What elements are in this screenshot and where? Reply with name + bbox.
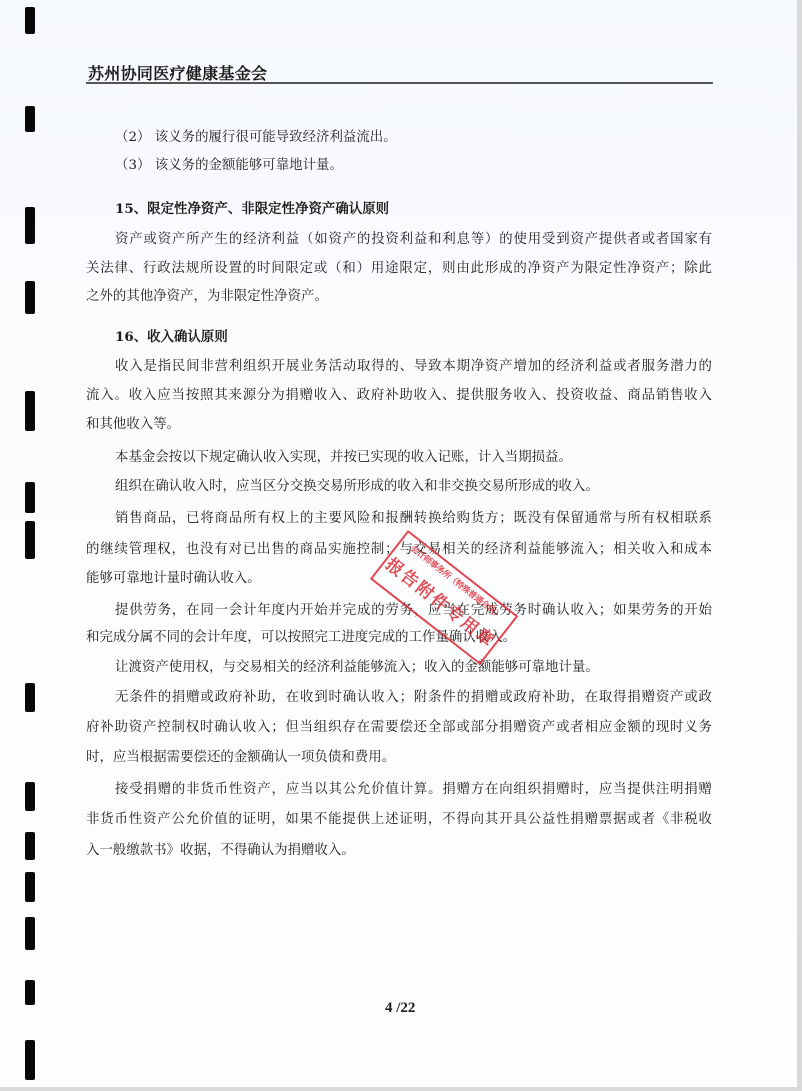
text-line: 无条件的捐赠或政府补助，在收到时确认收入；附条件的捐赠或政府补助，在取得捐赠资产… bbox=[115, 689, 712, 707]
text-line: 和其他收入等。 bbox=[86, 416, 712, 434]
binder-hole-mark bbox=[25, 782, 35, 811]
text-line: 让渡资产使用权，与交易相关的经济利益能够流入；收入的金额能够可靠地计量。 bbox=[115, 659, 712, 677]
text-line: 流入。收入应当按照其来源分为捐赠收入、政府补助收入、提供服务收入、投资收益、商品… bbox=[86, 387, 712, 405]
text-line: 资产或资产所产生的经济利益（如资产的投资利益和利息等）的使用受到资产提供者或者国… bbox=[115, 231, 712, 249]
binder-hole-mark bbox=[25, 106, 35, 132]
text-line: 接受捐赠的非货币性资产，应当以其公允价值计算。捐赠方在向组织捐赠时，应当提供注明… bbox=[115, 781, 712, 799]
text-line: 之外的其他净资产，为非限定性净资产。 bbox=[86, 288, 712, 306]
header-divider bbox=[86, 82, 713, 84]
text-line: 非货币性资产公允价值的证明，如果不能提供上述证明，不得向其开具公益性捐赠票据或者… bbox=[86, 811, 712, 829]
section-heading: 15、限定性净资产、非限定性净资产确认原则 bbox=[115, 200, 712, 218]
text-line: 组织在确认收入时，应当区分交换交易所形成的收入和非交换交易所形成的收入。 bbox=[115, 478, 712, 496]
text-line: 和完成分属不同的会计年度，可以按照完工进度完成的工作量确认收入。 bbox=[86, 629, 712, 647]
binder-hole-mark bbox=[25, 832, 35, 860]
text-line: （2） 该义务的履行很可能导致经济利益流出。 bbox=[115, 129, 712, 147]
text-line: 本基金会按以下规定确认收入实现，并按已实现的收入记账，计入当期损益。 bbox=[115, 449, 712, 467]
binder-hole-mark bbox=[25, 391, 35, 431]
text-line: 时，应当根据需要偿还的金额确认一项负债和费用。 bbox=[86, 749, 712, 767]
binder-hole-mark bbox=[25, 872, 35, 902]
text-line: （3） 该义务的金额能够可靠地计量。 bbox=[115, 157, 712, 175]
binder-hole-mark bbox=[25, 917, 35, 950]
binder-hole-mark bbox=[25, 482, 35, 513]
text-line: 收入是指民间非营利组织开展业务活动取得的、导致本期净资产增加的经济利益或者服务潜… bbox=[115, 358, 712, 376]
text-line: 关法律、行政法规所设置的时间限定或（和）用途限定，则由此形成的净资产为限定性净资… bbox=[86, 260, 712, 278]
binder-hole-mark bbox=[25, 207, 35, 244]
binder-hole-mark bbox=[25, 1040, 35, 1080]
page-number: 4 /22 bbox=[385, 1000, 415, 1017]
document-page: 苏州协同医疗健康基金会 （2） 该义务的履行很可能导致经济利益流出。（3） 该义… bbox=[0, 0, 797, 1087]
section-heading: 16、收入确认原则 bbox=[115, 328, 712, 346]
text-line: 销售商品，已将商品所有权上的主要风险和报酬转换给购货方；既没有保留通常与所有权相… bbox=[115, 510, 712, 528]
binder-hole-mark bbox=[25, 980, 35, 1005]
binder-hole-mark bbox=[25, 281, 35, 314]
header-title: 苏州协同医疗健康基金会 bbox=[88, 61, 267, 84]
text-line: 入一般缴款书》收据，不得确认为捐赠收入。 bbox=[86, 842, 712, 860]
text-line: 府补助资产控制权时确认收入；但当组织存在需要偿还全部或部分捐赠资产或者相应金额的… bbox=[86, 719, 712, 737]
binder-hole-mark bbox=[25, 7, 35, 34]
binder-hole-mark bbox=[25, 521, 35, 559]
binder-hole-mark bbox=[25, 683, 35, 712]
